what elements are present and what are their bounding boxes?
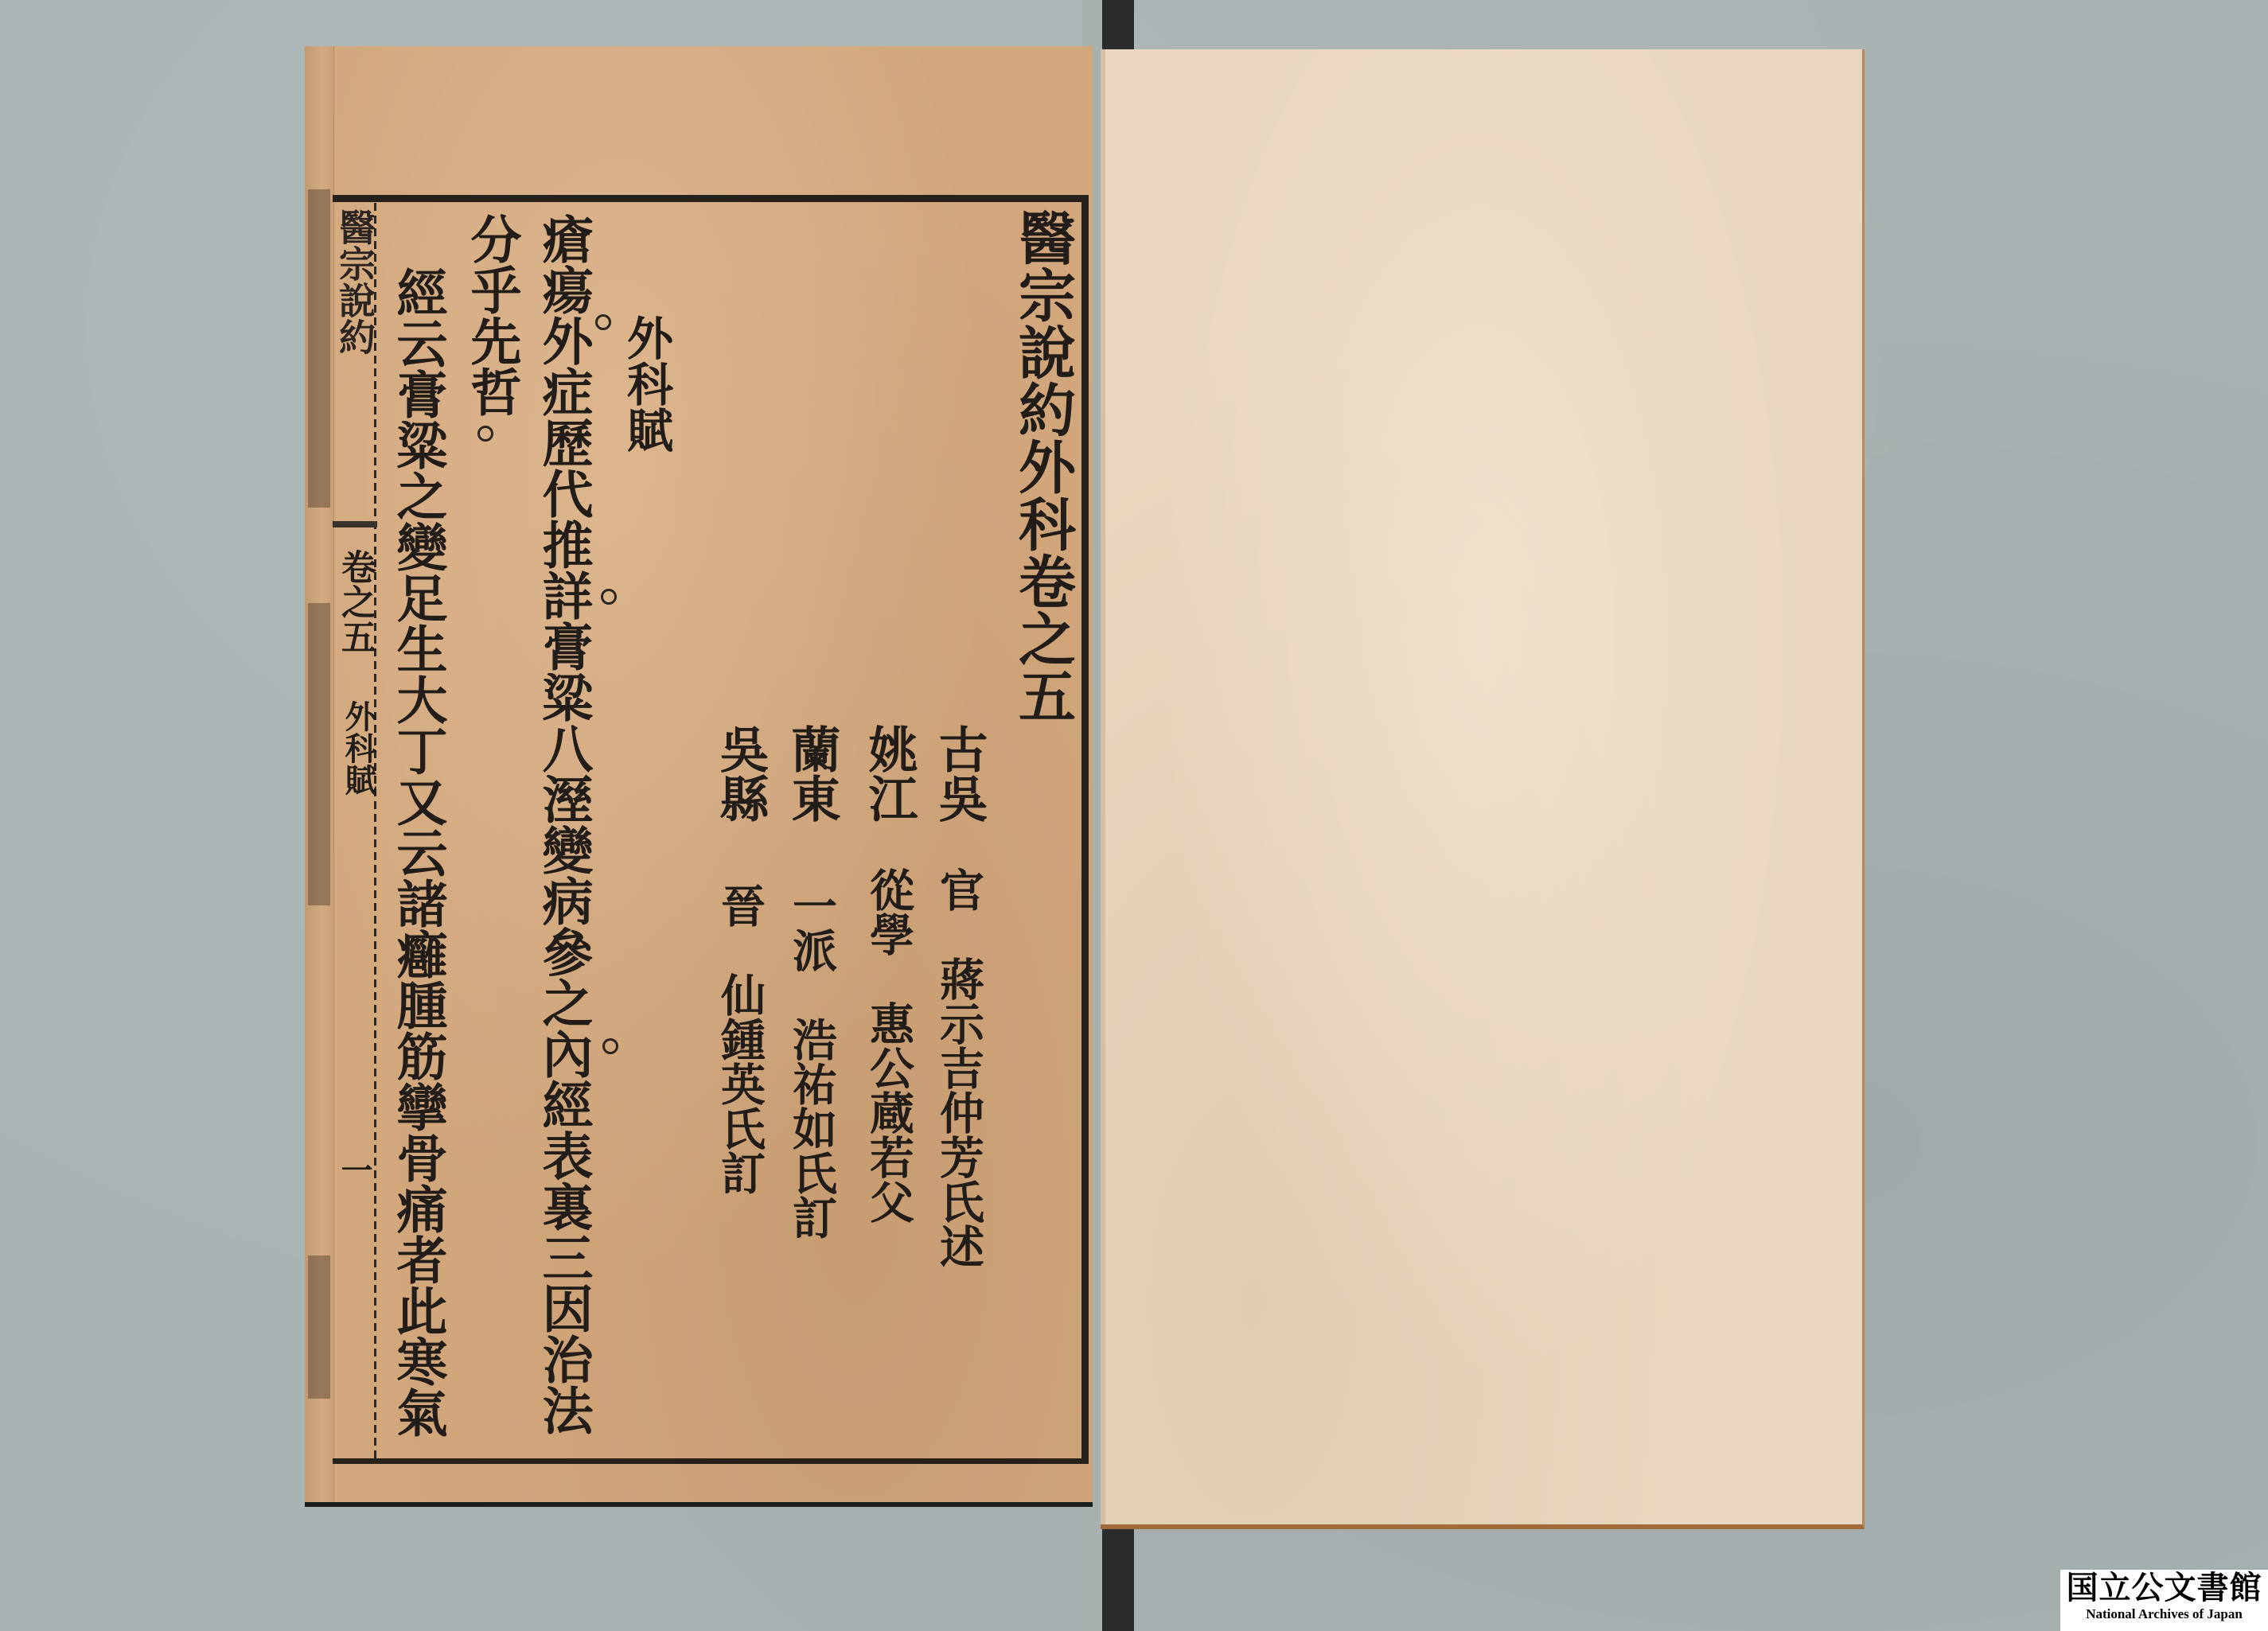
attribution-text-1: 官 蔣示吉仲芳氏述: [923, 867, 995, 1268]
attribution-place-4: 吳縣: [704, 724, 776, 823]
body-column-3: 經云膏粱之變足生大丁又云諸癰腫筋攣骨痛者此寒氣: [392, 267, 443, 1438]
section-heading: 外科賦: [621, 314, 672, 453]
punctuation-circle-mark: [477, 426, 493, 442]
punctuation-circle-mark: [602, 1038, 618, 1054]
banxin-page-number: 一: [334, 1154, 374, 1185]
punctuation-circle-mark: [595, 314, 611, 330]
attribution-text-4: 晉 仙鍾英氏訂: [704, 883, 776, 1195]
punctuation-circle-mark: [601, 589, 617, 605]
body-column-1: 瘡瘍外症歷代推詳膏粱八溼變病參之內經表裏三因治法: [537, 213, 589, 1435]
attribution-place-1: 古吳: [923, 724, 995, 823]
banxin-fish-tail-mark: [333, 521, 377, 527]
archive-name-english: National Archives of Japan: [2060, 1606, 2268, 1622]
fold-shadow: [308, 189, 330, 508]
body-column-2: 分乎先哲: [466, 213, 517, 417]
fold-shadow: [308, 1255, 330, 1399]
attribution-text-2: 從學 惠公蔵若父: [853, 867, 925, 1224]
banxin-divider-line: [374, 203, 376, 1460]
fold-shadow: [308, 603, 330, 905]
banxin-book-title: 醫宗說約: [333, 208, 377, 355]
right-page-inner-edge: [1101, 49, 1105, 1524]
banxin-volume: 卷之五: [333, 549, 377, 654]
attribution-place-2: 姚江: [853, 724, 925, 823]
right-page-blank: [1101, 49, 1865, 1529]
attribution-text-3: 一派 浩祐如氏訂: [776, 883, 848, 1240]
banxin-section: 外科賦: [338, 700, 378, 796]
volume-title: 醫宗說約外科卷之五: [1004, 208, 1081, 724]
archive-name-japanese: 国立公文書館: [2060, 1570, 2268, 1606]
archive-watermark-logo: 国立公文書館 National Archives of Japan: [2060, 1570, 2268, 1631]
attribution-place-3: 蘭東: [776, 724, 848, 823]
